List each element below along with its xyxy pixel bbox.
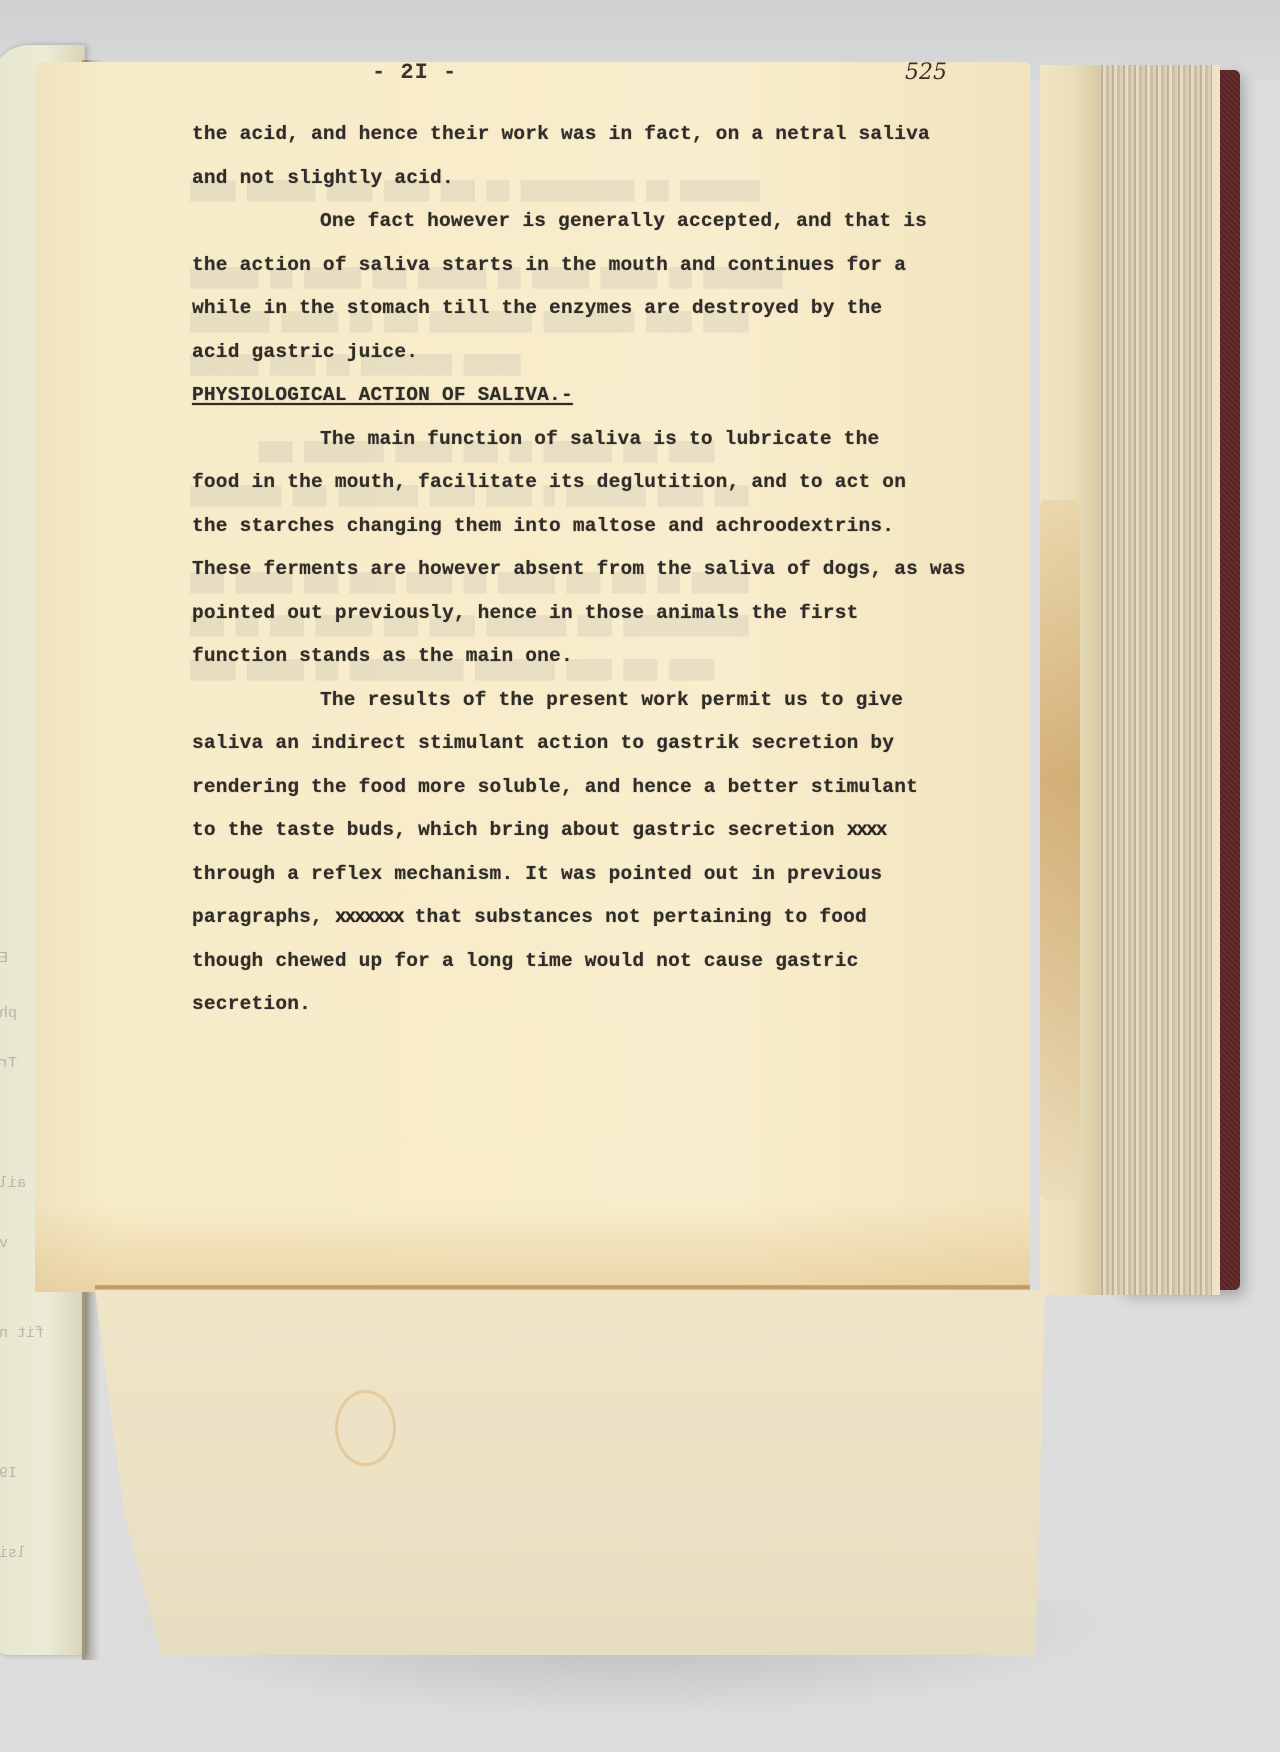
- text-line: function stands as the main one.: [192, 635, 1012, 679]
- text-line: the acid, and hence their work was in fa…: [192, 113, 1012, 157]
- folded-flap: [95, 1290, 1045, 1655]
- text-fragment: paragraphs,: [192, 906, 335, 928]
- section-heading: PHYSIOLOGICAL ACTION OF SALIVA.-: [192, 374, 1012, 418]
- text-line: The results of the present work permit u…: [192, 679, 1012, 723]
- mirrored-text: lsio: [0, 1545, 26, 1562]
- water-stain: [1040, 500, 1080, 1200]
- text-fragment: to the taste buds, which bring about gas…: [192, 819, 847, 841]
- text-line: These ferments are however absent from t…: [192, 548, 1012, 592]
- text-line: The main function of saliva is to lubric…: [192, 418, 1012, 462]
- text-line: food in the mouth, facilitate its deglut…: [192, 461, 1012, 505]
- mirrored-text: phe: [0, 1005, 17, 1022]
- mirrored-text: vo: [0, 1235, 8, 1252]
- mirrored-text: Eq: [0, 950, 8, 967]
- text-line: pointed out previously, hence in those a…: [192, 592, 1012, 636]
- mirrored-text: Tro: [0, 1055, 17, 1072]
- text-line: paragraphs, xxxxxxx that substances not …: [192, 896, 1012, 940]
- mirrored-text: ailw: [0, 1175, 26, 1192]
- struck-out-text: xxxxxxx: [335, 906, 403, 928]
- text-line: while in the stomach till the enzymes ar…: [192, 287, 1012, 331]
- text-line: the starches changing them into maltose …: [192, 505, 1012, 549]
- text-fragment: that substances not pertaining to food: [403, 906, 867, 928]
- foxing-spot: [335, 1390, 396, 1466]
- mirrored-text: I99: [0, 1465, 17, 1482]
- text-line: through a reflex mechanism. It was point…: [192, 853, 1012, 897]
- struck-out-text: xxxx: [847, 819, 886, 841]
- typed-body-text: the acid, and hence their work was in fa…: [192, 113, 1012, 1027]
- text-line: though chewed up for a long time would n…: [192, 940, 1012, 984]
- text-line: secretion.: [192, 983, 1012, 1027]
- text-line: the action of saliva starts in the mouth…: [192, 244, 1012, 288]
- handwritten-folio-number: 525: [905, 60, 947, 85]
- mirrored-text: fit no: [0, 1325, 44, 1342]
- text-line: acid gastric juice.: [192, 331, 1012, 375]
- text-line: and not slightly acid.: [192, 157, 1012, 201]
- text-line: to the taste buds, which bring about gas…: [192, 809, 1012, 853]
- text-line: rendering the food more soluble, and hen…: [192, 766, 1012, 810]
- text-line: saliva an indirect stimulant action to g…: [192, 722, 1012, 766]
- page-header-number: - 2I -: [372, 60, 457, 85]
- text-line: One fact however is generally accepted, …: [192, 200, 1012, 244]
